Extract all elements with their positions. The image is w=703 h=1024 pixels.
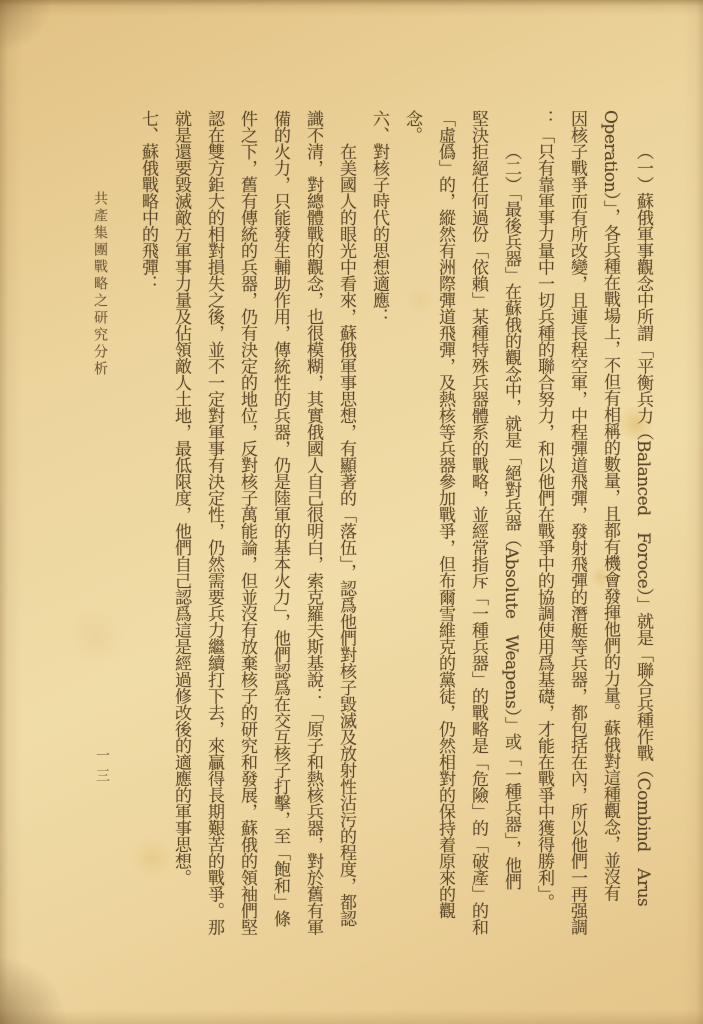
text-column: 堅決拒絕任何過份「依賴」某種特殊兵器體系的戰略，並經常指斥「一種兵器」的戰略是「…	[468, 110, 486, 1022]
text-column: Operation）」，各兵種在戰場上，不但有相稱的數量，且都有機會發揮他們的力…	[600, 110, 618, 1022]
text-column: 「虛僞」的，縱然有洲際彈道飛彈，及熱核等兵器參加戰爭，但布爾雪維克的黨徒，仍然相…	[435, 110, 453, 1022]
text-column: 識不清，對總體戰的觀念，也很模糊，其實俄國人自己很明白，索克羅夫斯基說：「原子和…	[303, 110, 321, 1022]
text-column: （二）「最後兵器」在蘇俄的觀念中，就是「絕對兵器（Absolute Weapen…	[501, 110, 519, 1022]
margin-book-title: 共產集團戰略之研究分析	[90, 191, 110, 378]
body-text: （一）蘇俄軍事觀念中所謂「平衡兵力（Balanced Foroce）」就是「聯合…	[123, 110, 651, 1022]
section-heading: 六、對核子時代的思想適應：	[369, 110, 387, 1022]
text-column: ：「只有靠軍事力量中一切兵種的聯合努力，和以他們在戰爭中的協調使用爲基礎，才能在…	[534, 110, 552, 1022]
text-column: 因核子戰爭而有所改變，且連長程空軍，中程彈道飛彈，發射飛彈的潛艇等兵器，都包括在…	[567, 110, 585, 1022]
text-column: 認在雙方鉅大的相對損失之後，並不一定對軍事有決定性，仍然需要兵力繼續打下去，來贏…	[204, 110, 222, 1022]
text-column: 就是還要毀滅敵方軍事力量及佔領敵人土地，最低限度，他們自己認爲這是經過修改後的適…	[171, 110, 189, 1022]
text-column: 在美國人的眼光中看來，蘇俄軍事思想，有顯著的「落伍」，認爲他們對核子毀滅及放射性…	[336, 110, 354, 1022]
text-column: （一）蘇俄軍事觀念中所謂「平衡兵力（Balanced Foroce）」就是「聯合…	[633, 110, 651, 1022]
section-heading: 七、蘇俄戰略中的飛彈：	[138, 110, 156, 1022]
text-column: 備的火力，只能發生輔助作用，傳統性的兵器，仍是陸軍的基本火力」，他們認爲在交互核…	[270, 110, 288, 1022]
text-column: 件之下，舊有傳統的兵器，仍有決定的地位，反對核子萬能論，但並沒有放棄核子的研究和…	[237, 110, 255, 1022]
scanned-page: （一）蘇俄軍事觀念中所謂「平衡兵力（Balanced Foroce）」就是「聯合…	[0, 0, 703, 1024]
page-number: 一三	[92, 748, 112, 788]
text-column: 念。	[402, 110, 420, 1022]
